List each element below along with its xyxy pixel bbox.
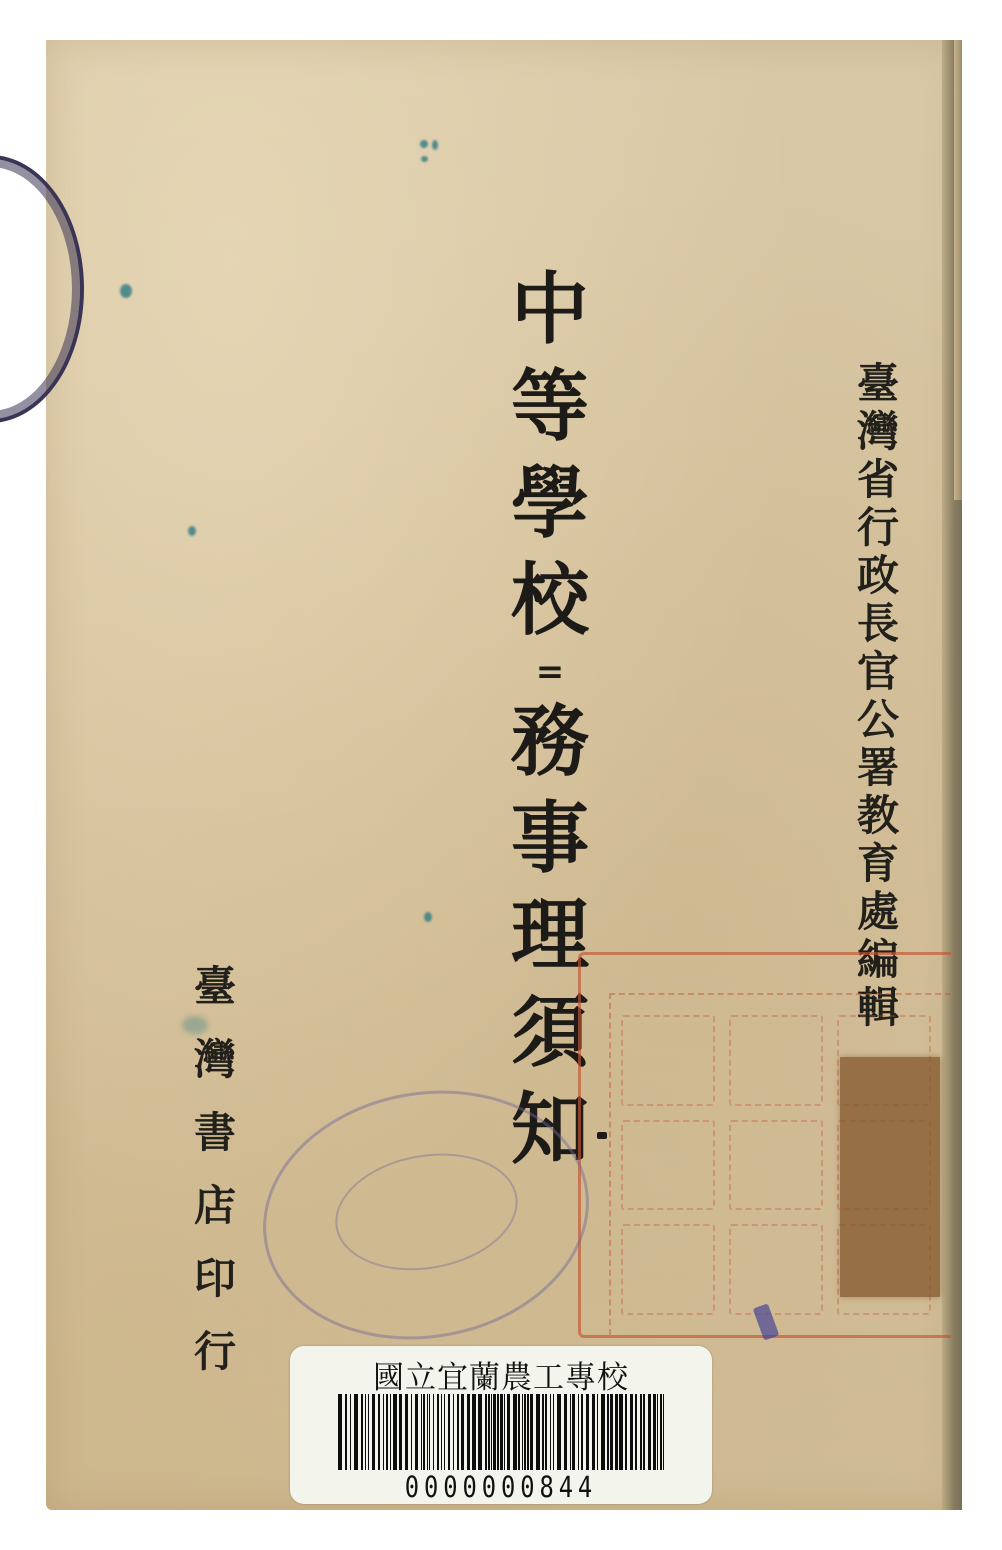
library-barcode-label: 國立宜蘭農工專校 0000000844: [290, 1346, 712, 1504]
tape-patch: [840, 1057, 940, 1297]
barcode-number: 0000000844: [328, 1470, 674, 1504]
title-char: 學: [511, 456, 589, 553]
ink-spot: [424, 912, 432, 922]
editor-char: 處: [857, 888, 899, 936]
editor-char: 署: [857, 744, 899, 792]
editor-char: 政: [857, 552, 899, 600]
publisher-char: 印: [194, 1242, 236, 1315]
editor-char: 行: [857, 504, 899, 552]
title-char: 事: [511, 791, 589, 888]
ink-spot: [120, 284, 132, 298]
spine-edge-highlight: [954, 40, 962, 500]
ink-spot: [432, 140, 438, 150]
publisher-char: 臺: [194, 950, 236, 1023]
title-char: 務: [511, 694, 589, 791]
editor-char: 長: [857, 600, 899, 648]
editor-char: 官: [857, 648, 899, 696]
editor-char: 育: [857, 840, 899, 888]
editor-credit: 臺 灣 省 行 政 長 官 公 署 教 育 處 編 輯: [848, 360, 908, 1032]
title-char: 中: [511, 262, 589, 359]
left-edge-circular-stamp: [0, 155, 84, 423]
editor-char: 省: [857, 456, 899, 504]
publisher-credit: 臺 灣 書 店 印 行: [185, 950, 245, 1388]
oval-stamp-inner-ring: [326, 1140, 527, 1284]
editor-char: 臺: [857, 360, 899, 408]
publisher-char: 灣: [194, 1023, 236, 1096]
editor-char: 灣: [857, 408, 899, 456]
ink-spot: [420, 140, 428, 148]
editor-char: 公: [857, 696, 899, 744]
publisher-char: 書: [194, 1096, 236, 1169]
title-char: 校: [511, 553, 589, 650]
editor-char: 教: [857, 792, 899, 840]
library-institution-name: 國立宜蘭農工專校: [290, 1352, 712, 1397]
ink-spot: [188, 526, 196, 536]
publisher-char: 行: [194, 1315, 236, 1388]
barcode: [338, 1394, 670, 1470]
title-char: 等: [511, 359, 589, 456]
publisher-char: 店: [194, 1169, 236, 1242]
title-char: =: [536, 650, 565, 694]
ink-spot: [421, 156, 428, 162]
